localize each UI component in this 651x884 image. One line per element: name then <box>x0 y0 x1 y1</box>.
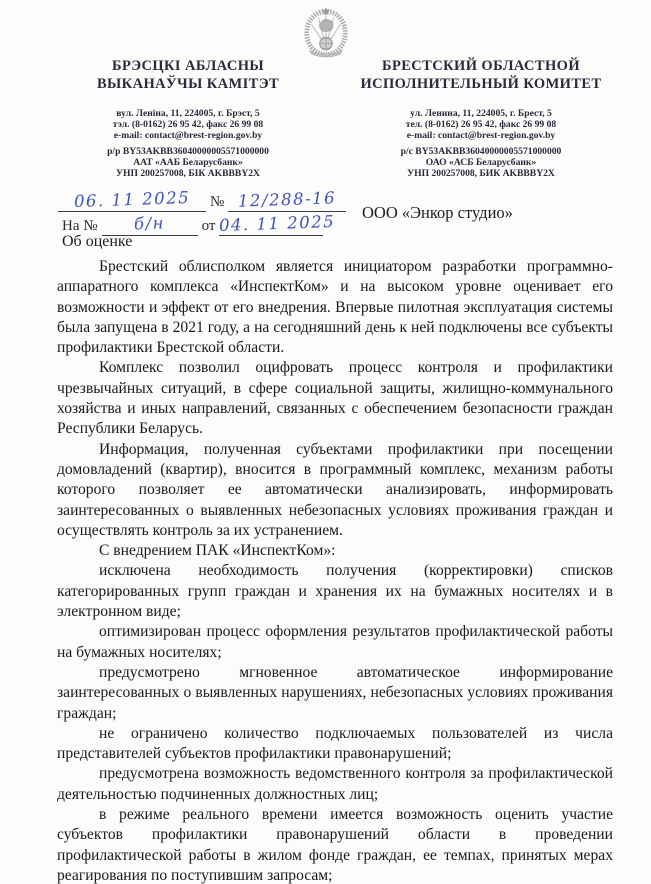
body-paragraph: в режиме реального времени имеется возмо… <box>57 805 613 884</box>
address-line: тэл. (8-0162) 26 95 42, факс 26 99 08 <box>52 120 324 131</box>
handwritten-outgoing-number: 12/288-16 <box>238 188 337 210</box>
body-paragraph: оптимизирован процесс оформления результ… <box>57 622 613 663</box>
outgoing-ref-row: 06. 11 2025 № 12/288-16 <box>58 191 348 212</box>
outgoing-number-field: 12/288-16 <box>228 191 346 212</box>
bank-line: УНП 200257008, БІК AKBBBY2X <box>52 169 324 180</box>
incoming-date-field: 04. 11 2025 <box>219 215 323 236</box>
org-address-ru: ул. Ленина, 11, 224005, г. Брест, 5 тел.… <box>342 109 620 141</box>
org-title-ru: БРЕСТСКИЙ ОБЛАСТНОЙ ИСПОЛНИТЕЛЬНЫЙ КОМИТ… <box>342 58 620 93</box>
org-title-by-line2: ВЫКАНАЎЧЫ КАМІТЭТ <box>52 76 324 94</box>
outgoing-date-field: 06. 11 2025 <box>58 191 206 212</box>
letterhead-belarusian: БРЭСЦКІ АБЛАСНЫ ВЫКАНАЎЧЫ КАМІТЭТ вул. Л… <box>52 58 324 180</box>
handwritten-incoming-number: б/н <box>134 213 166 233</box>
letter-body: Брестский облисполком является инициатор… <box>57 257 613 884</box>
scanned-letter-page: БРЭСЦКІ АБЛАСНЫ ВЫКАНАЎЧЫ КАМІТЭТ вул. Л… <box>0 0 651 884</box>
org-bank-ru: р/с BY53AKBB36040000005571000000 ОАО «АС… <box>342 147 620 179</box>
address-line: e-mail: contact@brest-region.gov.by <box>342 131 620 142</box>
body-paragraph: исключена необходимость получения (корре… <box>57 561 613 622</box>
from-label: от <box>198 218 220 236</box>
body-paragraph: Комплекс позволил оцифровать процесс кон… <box>57 358 613 439</box>
org-address-by: вул. Леніна, 11, 224005, г. Брэст, 5 тэл… <box>52 109 324 141</box>
body-paragraph: предусмотрено мгновенное автоматическое … <box>57 663 613 724</box>
letterhead-russian: БРЕСТСКИЙ ОБЛАСТНОЙ ИСПОЛНИТЕЛЬНЫЙ КОМИТ… <box>342 58 620 180</box>
body-paragraph: не ограничено количество подключаемых по… <box>57 724 613 765</box>
recipient: ООО «Энкор студио» <box>362 203 513 223</box>
subject-line: Об оценке <box>62 233 132 251</box>
handwritten-outgoing-date: 06. 11 2025 <box>74 188 191 211</box>
org-title-by-line1: БРЭСЦКІ АБЛАСНЫ <box>52 58 324 76</box>
address-line: тел. (8-0162) 26 95 42, факс 26 99 08 <box>342 120 620 131</box>
belarus-coat-of-arms-icon <box>297 4 355 58</box>
number-label: № <box>206 194 228 212</box>
handwritten-incoming-date: 04. 11 2025 <box>219 212 336 235</box>
org-title-by: БРЭСЦКІ АБЛАСНЫ ВЫКАНАЎЧЫ КАМІТЭТ <box>52 58 324 93</box>
bank-line: УНП 200257008, БИК AKBBBY2X <box>342 169 620 180</box>
body-paragraph: Брестский облисполком является инициатор… <box>57 257 613 358</box>
body-paragraph: Информация, полученная субъектами профил… <box>57 440 613 541</box>
org-bank-by: р/р BY53AKBB36040000005571000000 ААТ «АА… <box>52 147 324 179</box>
body-paragraph: предусмотрена возможность ведомственного… <box>57 764 613 805</box>
address-line: e-mail: contact@brest-region.gov.by <box>52 131 324 142</box>
org-title-ru-line2: ИСПОЛНИТЕЛЬНЫЙ КОМИТЕТ <box>342 76 620 94</box>
org-title-ru-line1: БРЕСТСКИЙ ОБЛАСТНОЙ <box>342 58 620 76</box>
body-paragraph: С внедрением ПАК «ИнспектКом»: <box>57 541 613 561</box>
reference-block: 06. 11 2025 № 12/288-16 На № б/н от 04. … <box>58 191 348 239</box>
